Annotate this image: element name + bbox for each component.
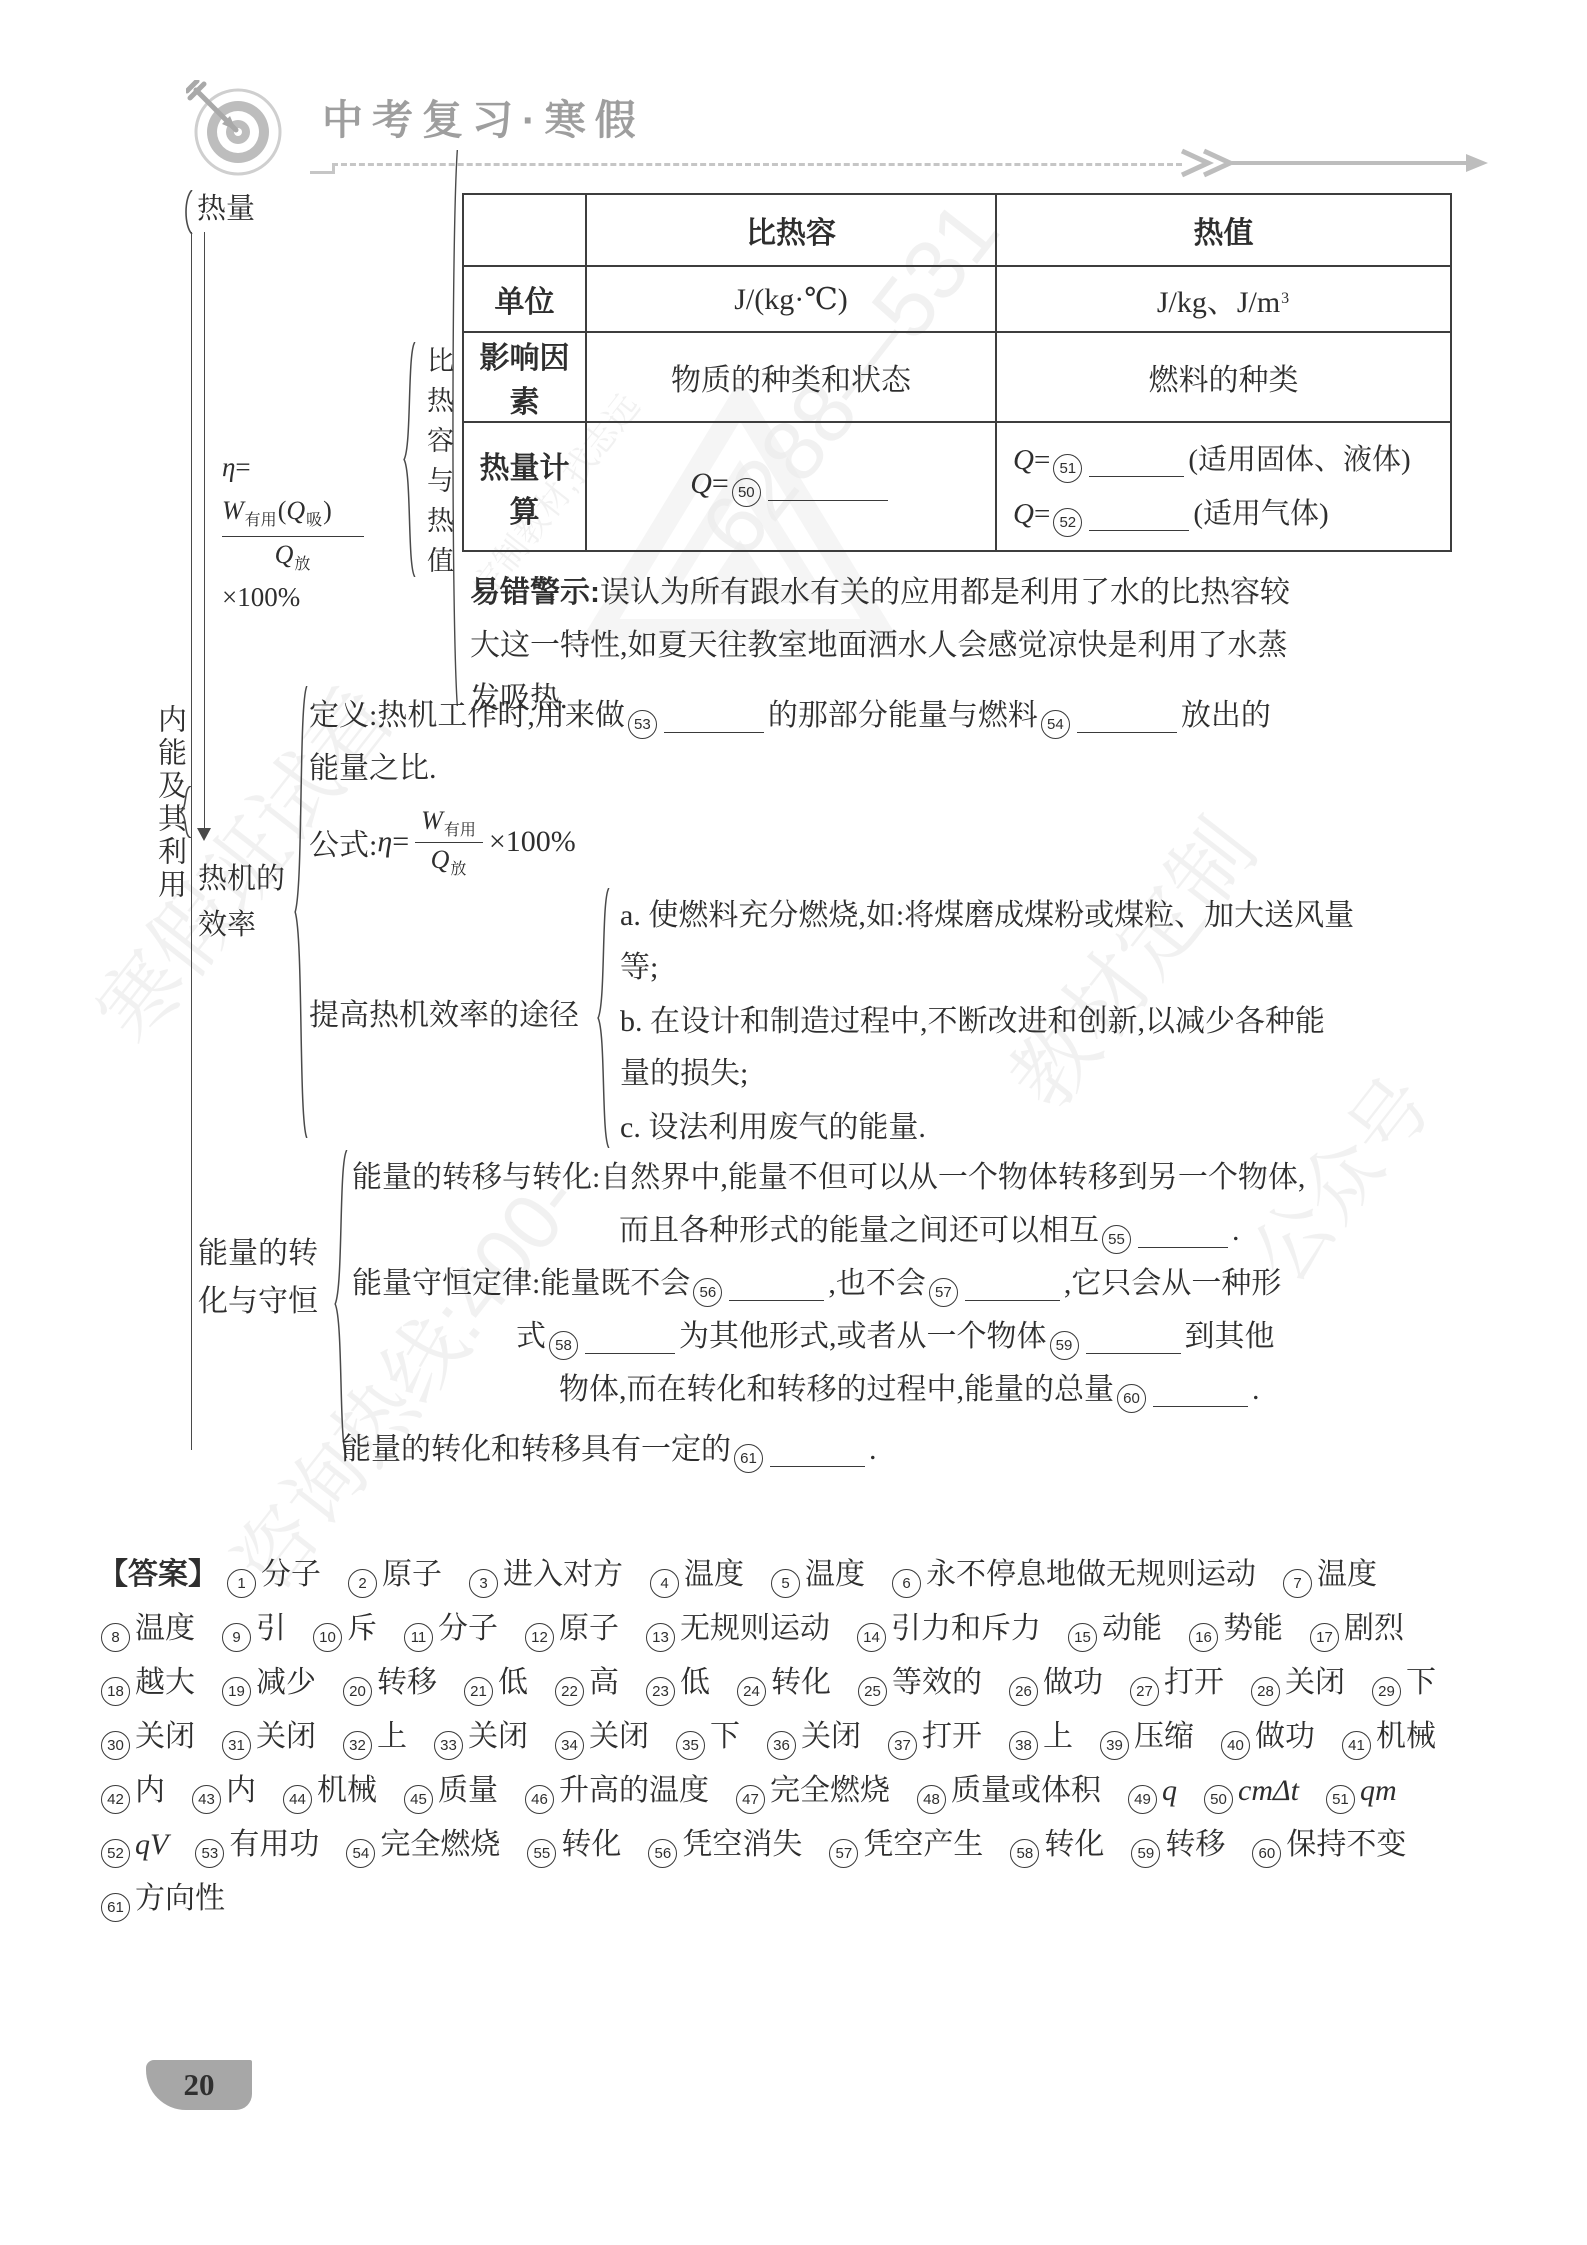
answer-item: 1分子 (224, 1548, 321, 1602)
answer-item: 11分子 (401, 1602, 498, 1656)
answer-key-lead: 【答案】 (98, 1558, 218, 1591)
workbook-page: 6288—531 寒假班试看 咨询热线:400- 教材定制 公众号 定制教材,找… (0, 0, 1587, 2245)
warning-text: 大这一特性,如夏天往教室地面洒水人会感觉凉快是利用了水蒸 (470, 619, 1480, 672)
answer-item: 40做功 (1218, 1710, 1315, 1764)
answer-item: 42内 (98, 1764, 165, 1818)
watermark-text: 教材定制 (977, 791, 1279, 1130)
answer-item: 43内 (189, 1764, 256, 1818)
row-label-unit: 单位 (463, 266, 586, 332)
brace-icon (597, 888, 610, 1148)
answer-item: 23低 (643, 1656, 710, 1710)
answer-item: 15动能 (1065, 1602, 1162, 1656)
calc-heat-value: Q=51(适用固体、液体) Q=52(适用气体) (996, 422, 1451, 551)
brace-icon (294, 686, 308, 1138)
answer-item: 39压缩 (1097, 1710, 1194, 1764)
formula-eta: η= (377, 825, 409, 859)
formula-tail: ×100% (222, 582, 300, 613)
paren-icon (182, 190, 194, 234)
answer-items: 1分子2原子3进入对方4温度5温度6永不停息地做无规则运动7温度8温度9引10斥… (98, 1558, 1460, 1915)
fraction-bar (222, 536, 364, 537)
answer-item: 54完全燃烧 (343, 1818, 500, 1872)
answer-item: 51qm (1323, 1764, 1397, 1818)
energy-transfer: 而且各种形式的能量之间还可以相互55. (619, 1213, 1240, 1254)
answer-item: 33关闭 (431, 1710, 528, 1764)
answer-item: 60保持不变 (1249, 1818, 1406, 1872)
answer-item: 38上 (1006, 1710, 1073, 1764)
answer-item: 12原子 (522, 1602, 619, 1656)
answer-item: 31关闭 (219, 1710, 316, 1764)
answer-item: 24转化 (734, 1656, 831, 1710)
energy-law: 式58为其他形式,或者从一个物体59到其他 (516, 1319, 1275, 1360)
group-label-specific-heat: 比热容与热值 (419, 346, 458, 586)
answer-item: 22高 (552, 1656, 619, 1710)
warning-lead: 易错警示: (470, 576, 600, 609)
answer-item: 16势能 (1186, 1602, 1283, 1656)
answer-item: 36关闭 (764, 1710, 861, 1764)
answer-item: 28关闭 (1248, 1656, 1345, 1710)
warning-text: 误认为所有跟水有关的应用都是利用了水的比热容较 (600, 576, 1290, 609)
branch-label-energy: 化与守恒 (198, 1284, 318, 1320)
brace-icon (334, 1150, 348, 1458)
factors-heat-value: 燃料的种类 (996, 332, 1451, 422)
calc-specific-heat: Q=50 (586, 422, 996, 551)
answer-item: 37打开 (885, 1710, 982, 1764)
answer-item: 14引力和斥力 (854, 1602, 1041, 1656)
answer-item: 55转化 (524, 1818, 621, 1872)
arrow-decoration-icon (1178, 146, 1490, 180)
map-branch-line (191, 232, 192, 1450)
page-number-badge: 20 (146, 2060, 252, 2110)
answer-item: 10斥 (310, 1602, 377, 1656)
answer-item: 30关闭 (98, 1710, 195, 1764)
answer-item: 25等效的 (855, 1656, 982, 1710)
answer-item: 56凭空消失 (645, 1818, 802, 1872)
engine-definition: 定义:热机工作时,用来做53的那部分能量与燃料54放出的 (309, 698, 1271, 739)
answer-item: 50cmΔt (1201, 1764, 1299, 1818)
answer-item: 58转化 (1007, 1818, 1104, 1872)
answer-item: 6永不停息地做无规则运动 (889, 1548, 1256, 1602)
answer-item: 7温度 (1280, 1548, 1377, 1602)
answer-item: 4温度 (647, 1548, 744, 1602)
answer-item: 2原子 (345, 1548, 442, 1602)
answer-item: 34关闭 (552, 1710, 649, 1764)
answer-item: 29下 (1369, 1656, 1436, 1710)
answer-item: 19减少 (219, 1656, 316, 1710)
formula-numerator: W有用(Q吸) (222, 496, 332, 530)
answer-item: 9引 (219, 1602, 286, 1656)
row-label-factors: 影响因素 (463, 332, 586, 422)
unit-specific-heat: J/(kg·℃) (586, 266, 996, 332)
answer-item: 57凭空产生 (826, 1818, 983, 1872)
energy-direction: 能量的转化和转移具有一定的61. (341, 1432, 877, 1473)
engine-definition: 能量之比. (309, 751, 437, 787)
factors-specific-heat: 物质的种类和状态 (586, 332, 996, 422)
energy-transfer: 能量的转移与转化:自然界中,能量不但可以从一个物体转移到另一个物体, (352, 1160, 1305, 1196)
formula-numerator: W有用 (415, 806, 483, 843)
answer-item: 53有用功 (192, 1818, 319, 1872)
answer-item: 52qV (98, 1818, 168, 1872)
row-label-calculation: 热量计算 (463, 422, 586, 551)
answer-item: 48质量或体积 (914, 1764, 1101, 1818)
answer-item: 20转移 (340, 1656, 437, 1710)
energy-law: 物体,而在转化和转移的过程中,能量的总量60. (559, 1372, 1260, 1413)
answer-item: 47完全燃烧 (733, 1764, 890, 1818)
answer-key: 【答案】1分子2原子3进入对方4温度5温度6永不停息地做无规则运动7温度8温度9… (98, 1548, 1506, 1926)
answer-item: 44机械 (280, 1764, 377, 1818)
way-b: 量的损失; (620, 1056, 748, 1092)
table-header-specific-heat: 比热容 (586, 194, 996, 266)
answer-item: 46升高的温度 (522, 1764, 709, 1818)
answer-item: 35下 (673, 1710, 740, 1764)
engine-formula: 公式:η=W有用Q放×100% (309, 800, 576, 884)
header-dash-step (310, 171, 334, 174)
brace-icon (403, 342, 416, 577)
header-dashed-line (332, 163, 1182, 166)
answer-item: 61方向性 (98, 1872, 225, 1926)
dart-target-icon (186, 80, 282, 176)
answer-item: 8温度 (98, 1602, 195, 1656)
way-c: c. 设法利用废气的能量. (620, 1110, 926, 1146)
map-arrow-line (204, 232, 205, 830)
formula-denominator: Q放 (222, 540, 364, 574)
answer-item: 26做功 (1006, 1656, 1103, 1710)
answer-item: 5温度 (768, 1548, 865, 1602)
branch-label-engine: 效率 (198, 908, 256, 943)
specific-heat-table: 比热容 热值 单位 J/(kg·℃) J/kg、J/m3 影响因素 物质的种类和… (462, 193, 1452, 552)
calc-solid-liquid: Q=51(适用固体、液体) (1003, 433, 1444, 487)
answer-item: 41机械 (1339, 1710, 1436, 1764)
answer-item: 13无规则运动 (643, 1602, 830, 1656)
formula-lead: η= (222, 452, 251, 483)
answer-item: 21低 (461, 1656, 528, 1710)
answer-item: 3进入对方 (466, 1548, 623, 1602)
branch-label-engine: 热机的 (198, 862, 285, 897)
answer-item: 32上 (340, 1710, 407, 1764)
answer-item: 18越大 (98, 1656, 195, 1710)
table-corner-cell (463, 194, 586, 266)
unit-heat-value: J/kg、J/m3 (996, 266, 1451, 332)
way-a: 等; (620, 950, 658, 986)
branch-label-heat: 热量 (197, 192, 255, 227)
page-title: 中考复习·寒假 (322, 96, 645, 145)
answer-item: 59转移 (1128, 1818, 1225, 1872)
answer-item: 27打开 (1127, 1656, 1224, 1710)
calc-gas: Q=52(适用气体) (1003, 487, 1444, 541)
formula-denominator: Q放 (431, 843, 468, 879)
header-dash-step (332, 163, 335, 174)
energy-law: 能量守恒定律:能量既不会56,也不会57,它只会从一种形 (352, 1266, 1281, 1307)
way-a: a. 使燃料充分燃烧,如:将煤磨成煤粉或煤粒、加大送风量 (620, 898, 1354, 934)
way-b: b. 在设计和制造过程中,不断改进和创新,以减少各种能 (620, 1004, 1325, 1040)
watermark-text: 咨询热线:400- (201, 1144, 601, 1611)
answer-item: 17剧烈 (1307, 1602, 1404, 1656)
answer-item: 49q (1125, 1764, 1177, 1818)
table-header-heat-value: 热值 (996, 194, 1451, 266)
branch-label-energy: 能量的转 (198, 1236, 318, 1272)
formula-tail: ×100% (489, 825, 576, 859)
formula-lead: 公式: (309, 820, 377, 864)
ways-label: 提高热机效率的途径 (309, 998, 579, 1034)
answer-item: 45质量 (401, 1764, 498, 1818)
down-arrow-icon (197, 828, 211, 841)
